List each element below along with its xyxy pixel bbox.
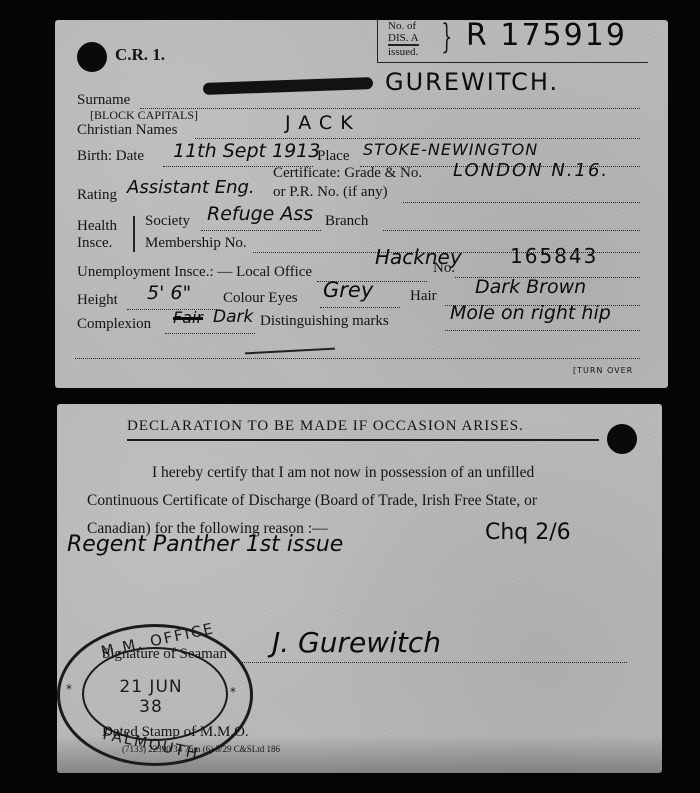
branch-label: Branch <box>325 213 368 230</box>
health-bracket <box>133 216 135 252</box>
brace-icon: } <box>441 20 452 54</box>
society-label: Society <box>145 213 190 230</box>
membership-label: Membership No. <box>145 235 247 252</box>
bottom-dotted-line <box>75 358 640 359</box>
health-label: Health <box>77 218 117 235</box>
health-insurance-label: Health Insce. <box>77 218 117 252</box>
height-value: 5' 6" <box>147 282 191 304</box>
surname-dotted-line <box>140 108 640 109</box>
christian-names-label: Christian Names <box>77 122 177 139</box>
complexion-dotted-line <box>165 333 255 334</box>
dis-a-number: R 175919 <box>466 18 627 53</box>
dis-a-labels: No. of DIS. A issued. <box>388 20 419 58</box>
signature-dotted-line <box>242 662 627 663</box>
certificate-label: Certificate: Grade & No. <box>273 165 422 182</box>
distinguishing-marks-dotted-line <box>445 330 640 331</box>
declaration-title: DECLARATION TO BE MADE IF OCCASION ARISE… <box>127 418 524 435</box>
dis-a-label-3: issued. <box>388 46 419 58</box>
punch-hole-icon <box>607 424 637 454</box>
certificate-dotted-line <box>403 202 640 203</box>
colour-eyes-label: Colour Eyes <box>223 290 298 307</box>
unemployment-no-label: No. <box>433 260 455 277</box>
surname-label: Surname <box>77 92 130 109</box>
turn-over-label: [TURN OVER <box>573 366 633 375</box>
stamp-star-icon: * <box>230 685 238 699</box>
cheque-note-handwritten: Chq 2/6 <box>485 520 571 545</box>
dis-a-label-1: No. of <box>388 20 419 32</box>
rating-value: Assistant Eng. <box>127 177 255 198</box>
height-dotted-line <box>127 309 217 310</box>
punch-hole-icon <box>77 42 107 72</box>
branch-dotted-line <box>383 230 640 231</box>
society-dotted-line <box>201 230 321 231</box>
printer-imprint: (7133) 22390/34 75m (6) 3/29 C&SLtd 186 <box>122 744 280 754</box>
surname-value: GUREWITCH. <box>385 68 559 96</box>
stamp-date: 21 JUN 38 <box>106 677 196 717</box>
insce-label: Insce. <box>77 235 117 252</box>
dated-stamp-label: Dated Stamp of M.M.O. <box>102 724 249 741</box>
eyes-dotted-line <box>320 307 400 308</box>
rating-label: Rating <box>77 187 117 204</box>
struck-out-surname <box>203 77 373 95</box>
height-label: Height <box>77 292 118 309</box>
society-value: Refuge Ass <box>207 203 313 225</box>
block-capitals-label: [BLOCK CAPITALS] <box>90 108 198 123</box>
christian-names-dotted-line <box>195 138 640 139</box>
certificate-back-card: DECLARATION TO BE MADE IF OCCASION ARISE… <box>57 404 662 773</box>
birth-place-label: Place <box>317 148 349 165</box>
dis-a-box: No. of DIS. A issued. } R 175919 <box>377 18 648 63</box>
dis-a-label-2: DIS. A <box>388 32 419 46</box>
unemployment-label: Unemployment Insce.: — Local Office <box>77 264 312 281</box>
declaration-underline <box>127 439 599 441</box>
distinguishing-marks-label: Distinguishing marks <box>260 313 389 330</box>
colour-eyes-value: Grey <box>323 278 373 302</box>
reason-handwritten: Regent Panther 1st issue <box>67 532 343 557</box>
complexion-value: Dark <box>213 307 253 327</box>
hair-value: Dark Brown <box>475 276 586 298</box>
certificate-front-card: C.R. 1. No. of DIS. A issued. } R 175919… <box>55 20 668 388</box>
birth-place-line2-value: LONDON N.16. <box>453 160 609 181</box>
form-code: C.R. 1. <box>115 45 165 65</box>
christian-names-value: JACK <box>285 112 361 134</box>
pr-no-label: or P.R. No. (if any) <box>273 184 388 201</box>
declaration-line-1: I hereby certify that I am not now in po… <box>152 464 534 482</box>
pen-stroke <box>245 348 335 355</box>
complexion-label: Complexion <box>77 316 151 333</box>
distinguishing-marks-value: Mole on right hip <box>450 302 611 324</box>
stamp-star-icon: * <box>66 682 74 696</box>
birth-date-value: 11th Sept 1913 <box>173 140 320 162</box>
unemployment-no-value: 165843 <box>510 244 598 268</box>
hair-label: Hair <box>410 288 437 305</box>
birth-date-label: Birth: Date <box>77 148 144 165</box>
complexion-struck-value: Fair <box>173 308 203 327</box>
seaman-signature: J. Gurewitch <box>272 626 441 659</box>
declaration-line-2: Continuous Certificate of Discharge (Boa… <box>87 492 537 510</box>
birth-place-value: STOKE-NEWINGTON <box>363 140 538 159</box>
